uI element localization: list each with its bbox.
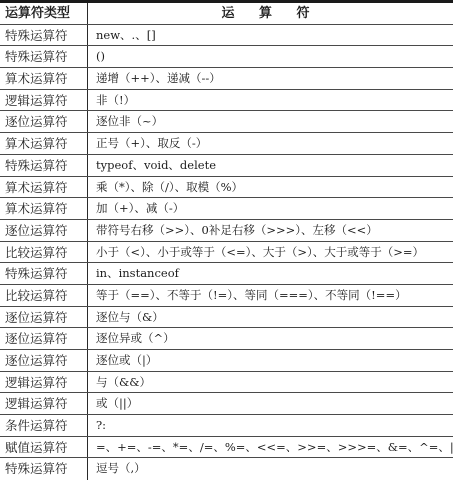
operator-type-cell: 特殊运算符: [0, 458, 88, 480]
table-row: 特殊运算符逗号（,）: [0, 458, 453, 480]
operator-type-cell: 特殊运算符: [0, 25, 88, 46]
operator-type-cell: 逻辑运算符: [0, 393, 88, 414]
table-row: 特殊运算符in、instanceof: [0, 263, 453, 285]
table-row: 赋值运算符=、+=、-=、*=、/=、%=、<<=、>>=、>>>=、&=、^=…: [0, 437, 453, 459]
table-row: 算术运算符乘（*）、除（/）、取模（%）: [0, 177, 453, 199]
operator-type-cell: 特殊运算符: [0, 155, 88, 176]
operators-cell: 乘（*）、除（/）、取模（%）: [88, 177, 453, 198]
table-row: 比较运算符等于（==）、不等于（!=）、等同（===）、不等同（!==）: [0, 285, 453, 307]
operators-cell: 正号（+）、取反（-）: [88, 133, 453, 154]
operators-cell: 非（!）: [88, 90, 453, 111]
table-row: 逻辑运算符与（&&）: [0, 372, 453, 394]
operator-type-cell: 算术运算符: [0, 177, 88, 198]
operators-cell: 或（||）: [88, 393, 453, 414]
table-row: 逐位运算符逐位与（&）: [0, 307, 453, 329]
operator-type-cell: 逐位运算符: [0, 350, 88, 371]
operator-type-cell: 逐位运算符: [0, 220, 88, 241]
operators-cell: in、instanceof: [88, 263, 453, 284]
operator-type-cell: 比较运算符: [0, 285, 88, 306]
operators-cell: 逐位非（~）: [88, 111, 453, 132]
table-row: 条件运算符?:: [0, 415, 453, 437]
table-row: 特殊运算符typeof、void、delete: [0, 155, 453, 177]
operators-cell: 逐位或（|）: [88, 350, 453, 371]
operator-type-cell: 赋值运算符: [0, 437, 88, 458]
operators-cell: 逐位与（&）: [88, 307, 453, 328]
operator-type-cell: 特殊运算符: [0, 46, 88, 67]
table-row: 逐位运算符带符号右移（>>）、0补足右移（>>>）、左移（<<）: [0, 220, 453, 242]
table-row: 逐位运算符逐位异或（^）: [0, 328, 453, 350]
operators-cell: 加（+）、减（-）: [88, 198, 453, 219]
table-row: 逻辑运算符非（!）: [0, 90, 453, 112]
operators-cell: ?:: [88, 415, 453, 436]
operator-type-cell: 逻辑运算符: [0, 90, 88, 111]
operator-type-cell: 逐位运算符: [0, 111, 88, 132]
header-operators: 运 算 符: [88, 3, 453, 24]
table-row: 逻辑运算符或（||）: [0, 393, 453, 415]
table-row: 算术运算符加（+）、减（-）: [0, 198, 453, 220]
operators-cell: (): [88, 46, 453, 67]
operators-cell: typeof、void、delete: [88, 155, 453, 176]
operator-type-cell: 逻辑运算符: [0, 372, 88, 393]
table-header-row: 运算符类型 运 算 符: [0, 3, 453, 25]
operator-precedence-table: 运算符类型 运 算 符 特殊运算符new、.、[]特殊运算符()算术运算符递增（…: [0, 0, 453, 480]
table-row: 逐位运算符逐位非（~）: [0, 111, 453, 133]
operator-type-cell: 算术运算符: [0, 68, 88, 89]
table-row: 逐位运算符逐位或（|）: [0, 350, 453, 372]
operators-cell: 带符号右移（>>）、0补足右移（>>>）、左移（<<）: [88, 220, 453, 241]
table-row: 特殊运算符(): [0, 46, 453, 68]
table-row: 算术运算符正号（+）、取反（-）: [0, 133, 453, 155]
operators-cell: 等于（==）、不等于（!=）、等同（===）、不等同（!==）: [88, 285, 453, 306]
operator-type-cell: 算术运算符: [0, 198, 88, 219]
operators-cell: 递增（++）、递减（--）: [88, 68, 453, 89]
table-row: 算术运算符递增（++）、递减（--）: [0, 68, 453, 90]
operators-cell: new、.、[]: [88, 25, 453, 46]
operators-cell: =、+=、-=、*=、/=、%=、<<=、>>=、>>>=、&=、^=、|=: [88, 437, 453, 458]
operator-type-cell: 特殊运算符: [0, 263, 88, 284]
header-operator-type: 运算符类型: [0, 3, 88, 24]
table-row: 比较运算符小于（<）、小于或等于（<=）、大于（>）、大于或等于（>=）: [0, 242, 453, 264]
operators-cell: 逐位异或（^）: [88, 328, 453, 349]
operators-cell: 与（&&）: [88, 372, 453, 393]
table-row: 特殊运算符new、.、[]: [0, 25, 453, 47]
operator-type-cell: 算术运算符: [0, 133, 88, 154]
operators-cell: 小于（<）、小于或等于（<=）、大于（>）、大于或等于（>=）: [88, 242, 453, 263]
operator-type-cell: 条件运算符: [0, 415, 88, 436]
operator-type-cell: 逐位运算符: [0, 307, 88, 328]
operator-type-cell: 比较运算符: [0, 242, 88, 263]
operators-cell: 逗号（,）: [88, 458, 453, 480]
operator-type-cell: 逐位运算符: [0, 328, 88, 349]
